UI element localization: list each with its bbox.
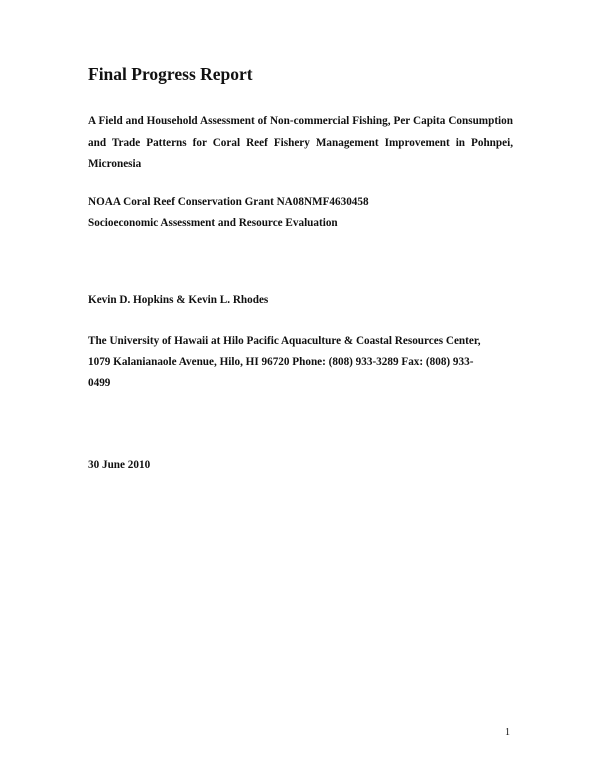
report-date: 30 June 2010 (88, 456, 513, 474)
grant-number: NOAA Coral Reef Conservation Grant NA08N… (88, 192, 513, 213)
document-page: Final Progress Report A Field and Househ… (0, 0, 600, 776)
affiliation: The University of Hawaii at Hilo Pacific… (88, 331, 513, 394)
report-subtitle: A Field and Household Assessment of Non-… (88, 111, 513, 176)
program-name: Socioeconomic Assessment and Resource Ev… (88, 213, 513, 234)
authors: Kevin D. Hopkins & Kevin L. Rhodes (88, 291, 513, 309)
grant-info: NOAA Coral Reef Conservation Grant NA08N… (88, 192, 513, 234)
affiliation-line-3: 0499 (88, 373, 513, 394)
page-number: 1 (505, 727, 510, 739)
affiliation-line-2: 1079 Kalanianaole Avenue, Hilo, HI 96720… (88, 352, 513, 373)
report-title: Final Progress Report (88, 63, 513, 85)
affiliation-line-1: The University of Hawaii at Hilo Pacific… (88, 331, 513, 352)
